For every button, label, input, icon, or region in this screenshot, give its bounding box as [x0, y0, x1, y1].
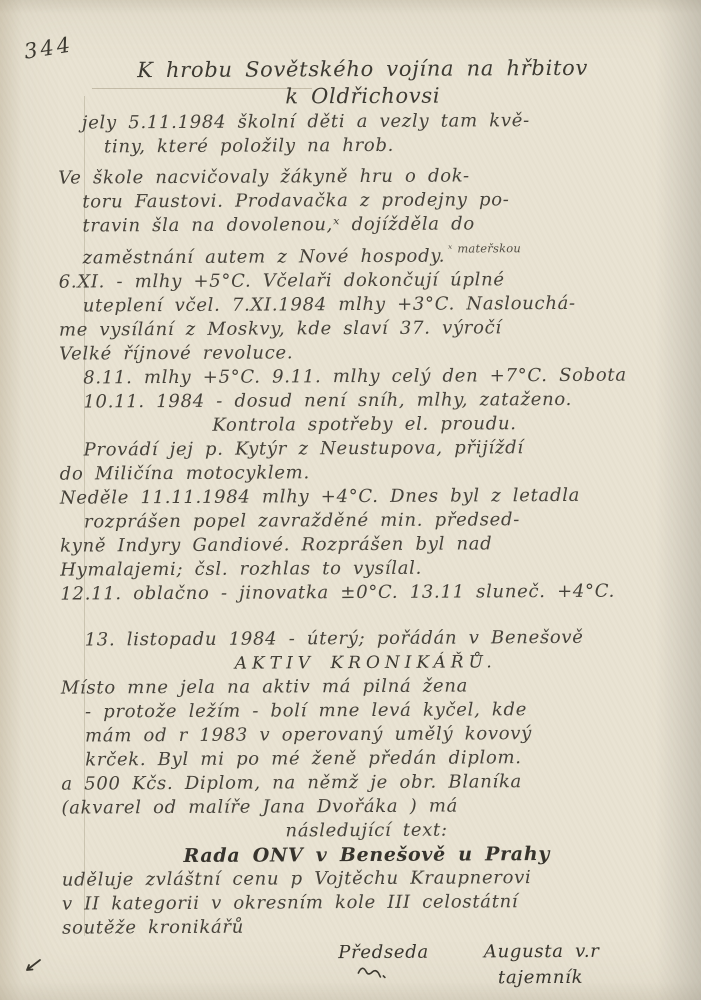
manuscript-line: uděluje zvláštní cenu p Vojtěchu Kraupne… — [58, 865, 676, 892]
signature-title-right: tajemník — [484, 966, 600, 991]
manuscript-line: Rada ONV v Benešově u Prahy — [58, 841, 676, 868]
manuscript-line: krček. Byl mi po mé ženě předán diplom. — [57, 745, 675, 772]
manuscript-line: Neděle 11.11.1984 mlhy +4°C. Dnes byl z … — [56, 483, 674, 510]
manuscript-line: AKTIV KRONIKÁŘŮ. — [57, 649, 675, 676]
signature-squiggle-icon — [338, 963, 429, 985]
margin-checkmark-icon — [22, 958, 42, 974]
signature-left: Předseda — [338, 941, 429, 991]
manuscript-line: Ve škole nacvičovaly žákyně hru o dok- — [54, 163, 672, 190]
signature-right: Augusta v.rtajemník — [484, 940, 600, 991]
marginal-note: ˣ mateřskou — [448, 241, 521, 255]
manuscript-line: a 500 Kčs. Diplom, na němž je obr. Blaní… — [57, 769, 675, 796]
signature-title-left: Předseda — [338, 941, 429, 965]
manuscript-line: do Miličína motocyklem. — [56, 459, 674, 486]
manuscript-line: v II kategorii v okresním kole III celos… — [58, 889, 676, 916]
manuscript-line: soutěže kronikářů — [58, 913, 676, 940]
manuscript-line: toru Faustovi. Prodavačka z prodejny po- — [54, 187, 672, 214]
manuscript-line: tiny, které položily na hrob. — [54, 132, 672, 159]
manuscript-line: - protože ležím - bolí mne levá kyčel, k… — [57, 697, 675, 724]
manuscript-line: Hymalajemi; čsl. rozhlas to vysílal. — [56, 555, 674, 582]
manuscript-line: mám od r 1983 v operovaný umělý kovový — [57, 721, 675, 748]
manuscript-line: K hrobu Sovětského vojína na hřbitov — [54, 54, 672, 84]
manuscript-line: Velké říjnové revoluce. — [55, 339, 673, 366]
manuscript-line: uteplení včel. 7.XI.1984 mlhy +3°C. Nasl… — [55, 291, 673, 318]
signature-block: PředsedaAugusta v.rtajemník — [58, 939, 676, 992]
manuscript-line: 8.11. mlhy +5°C. 9.11. mlhy celý den +7°… — [55, 363, 673, 390]
manuscript-line: me vysílání z Moskvy, kde slaví 37. výro… — [55, 315, 673, 342]
manuscript-line: Místo mne jela na aktiv má pilná žena — [57, 673, 675, 700]
manuscript-line: travin šla na dovolenou,ˣ dojížděla do — [54, 211, 672, 238]
manuscript-line: rozprášen popel zavražděné min. předsed- — [56, 507, 674, 534]
manuscript-line: zaměstnání autem z Nové hospody.ˣ mateřs… — [55, 235, 673, 270]
manuscript-line: k Oldřichovsi — [54, 81, 672, 111]
manuscript-line: (akvarel od malíře Jana Dvořáka ) má — [57, 793, 675, 820]
manuscript-line: 12.11. oblačno - jinovatka ±0°C. 13.11 s… — [56, 579, 674, 606]
manuscript-line: jely 5.11.1984 školní děti a vezly tam k… — [54, 108, 672, 135]
manuscript-line: následující text: — [58, 817, 676, 844]
manuscript-text: K hrobu Sovětského vojína na hřbitovk Ol… — [54, 54, 677, 992]
signature-name: Augusta v.r — [484, 940, 600, 965]
chronicle-page: 344 K hrobu Sovětského vojína na hřbitov… — [0, 0, 701, 1000]
manuscript-line: 6.XI. - mlhy +5°C. Včelaři dokončují úpl… — [55, 267, 673, 294]
manuscript-line: Kontrola spotřeby el. proudu. — [55, 411, 673, 438]
manuscript-line: 10.11. 1984 - dosud není sníh, mlhy, zat… — [55, 387, 673, 414]
manuscript-line: kyně Indyry Gandiové. Rozprášen byl nad — [56, 531, 674, 558]
manuscript-line: 13. listopadu 1984 - úterý; pořádán v Be… — [57, 625, 675, 652]
manuscript-line: Provádí jej p. Kytýr z Neustupova, přijí… — [56, 435, 674, 462]
